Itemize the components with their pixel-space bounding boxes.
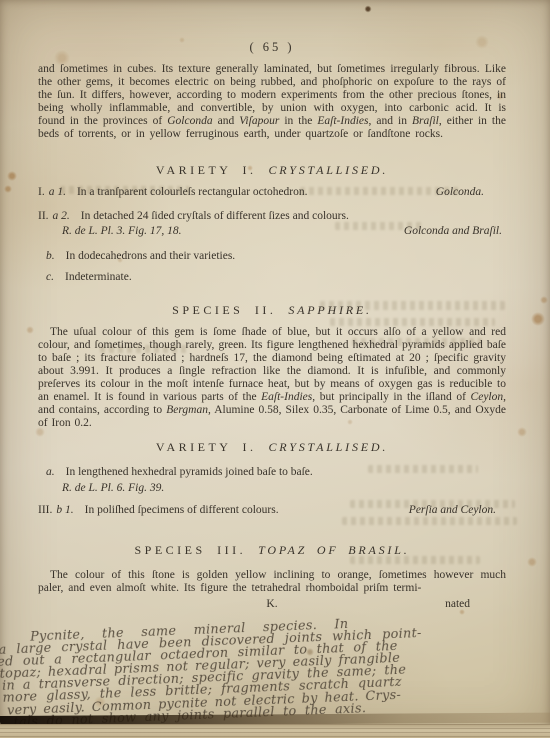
- handwriting-note: Pycnite, the same mineral species. Ina l…: [0, 607, 550, 729]
- text-segment: , and in: [369, 115, 413, 127]
- entry-letter: c.: [46, 271, 54, 283]
- entry-a-reference: R. de L. Pl. 6. Fig. 39.: [38, 482, 506, 495]
- book-page-photo: ( 65 ) and ſometimes in cubes. Its textu…: [0, 0, 550, 738]
- text-segment: The colour of this ſtone is golden yello…: [38, 569, 506, 594]
- plate-reference: R. de L. Pl. 6. Fig. 39.: [62, 482, 164, 494]
- species-2-heading: SPECIES II.SAPPHIRE.: [38, 303, 506, 318]
- entry-a: a.In lengthened hexhedral pyramids joine…: [46, 466, 506, 479]
- page-number: ( 65 ): [38, 40, 506, 55]
- heading-title: TOPAZ OF BRASIL.: [258, 543, 409, 557]
- text-segment: and: [449, 225, 472, 237]
- variety-1-heading: VARIETY I.CRYSTALLISED.: [38, 163, 506, 178]
- entry-letter: b 1.: [56, 504, 73, 516]
- entry-number: III.: [38, 504, 52, 516]
- entry-letter: b.: [46, 250, 55, 262]
- handwriting-line: a large crystal have been discovered joi…: [0, 619, 550, 657]
- text-segment: Viſapour: [239, 115, 279, 127]
- text-segment: , but principally in the iſland of: [312, 391, 470, 403]
- handwriting-line: ed out a rectangular octaedron similar t…: [0, 631, 550, 669]
- text-segment: and: [213, 115, 240, 127]
- heading-label: SPECIES III.: [134, 543, 246, 557]
- entry-letter: a.: [46, 466, 55, 478]
- heading-title: CRYSTALLISED.: [269, 440, 389, 454]
- entry-b: b.In dodecahedrons and their varieties.: [46, 250, 506, 263]
- text-segment: Braſil: [412, 115, 439, 127]
- handwriting-line: in a transverse direction; specific grav…: [2, 656, 550, 694]
- entry-text: In poliſhed ſpecimens of different colou…: [85, 504, 279, 516]
- text-segment: Perſia: [409, 504, 438, 516]
- text-segment: Eaſt-Indies: [261, 391, 312, 403]
- text-segment: Eaſt-Indies: [317, 115, 368, 127]
- entry-text: Indeterminate.: [65, 271, 132, 283]
- catchword: nated: [445, 598, 470, 610]
- heading-label: VARIETY I.: [156, 163, 257, 177]
- entry-letter: a 2.: [53, 210, 70, 222]
- text-segment: in the: [279, 115, 317, 127]
- text-segment: Golconda.: [436, 186, 484, 198]
- signature-mark: K.: [266, 598, 277, 610]
- signature-row: K. nated: [38, 598, 506, 612]
- entry-text: In lengthened hexhedral pyramids joined …: [66, 466, 313, 478]
- text-segment: Golconda: [167, 115, 212, 127]
- entry-location: Golconda.: [436, 186, 484, 199]
- entry-III-b1: III.b 1.In poliſhed ſpecimens of differe…: [38, 504, 506, 517]
- entry-number: I.: [38, 186, 45, 198]
- paragraph-diamond-continued: and ſometimes in cubes. Its texture gene…: [38, 63, 506, 142]
- handwriting-line: Pycnite, the same mineral species. In: [30, 607, 550, 643]
- entry-location: Perſia and Ceylon.: [409, 504, 496, 517]
- entry-I-a1: I.a 1.In a tranſparent colourleſs rectan…: [38, 186, 506, 199]
- handwriting-line: topaz; hexadral prisms not regular; very…: [0, 644, 550, 682]
- text-segment: Bergman: [166, 404, 208, 416]
- entry-text: In a tranſparent colourleſs rectangular …: [77, 186, 308, 198]
- text-segment: Braſil.: [472, 225, 502, 237]
- entry-text: In detached 24 ſided cryſtals of differe…: [81, 210, 349, 222]
- heading-title: CRYSTALLISED.: [269, 163, 389, 177]
- entry-location: Golconda and Braſil.: [404, 225, 502, 238]
- entry-II-a2: II.a 2.In detached 24 ſided cryſtals of …: [38, 210, 506, 223]
- entry-c: c.Indeterminate.: [46, 271, 506, 284]
- entry-number: II.: [38, 210, 49, 222]
- heading-label: SPECIES II.: [172, 303, 276, 317]
- heading-label: VARIETY I.: [156, 440, 257, 454]
- heading-title: SAPPHIRE.: [288, 303, 372, 317]
- species-3-heading: SPECIES III.TOPAZ OF BRASIL.: [38, 543, 506, 558]
- entry-text: In dodecahedrons and their varieties.: [66, 250, 236, 262]
- variety-1b-heading: VARIETY I.CRYSTALLISED.: [38, 440, 506, 455]
- paragraph-sapphire: The uſual colour of this gem is ſome ſha…: [38, 326, 506, 431]
- handwriting-line: more glassy, the less brittle; fragments…: [2, 668, 550, 706]
- entry-letter: a 1.: [49, 186, 66, 198]
- page-content: ( 65 ) and ſometimes in cubes. Its textu…: [38, 40, 506, 612]
- paragraph-topaz: The colour of this ſtone is golden yello…: [38, 569, 506, 595]
- bottom-page-edges: [0, 724, 550, 738]
- entry-II-reference: R. de L. Pl. 3. Fig. 17, 18. Golconda an…: [38, 225, 506, 238]
- handwriting-line: very easily. Common pycnite not electric…: [7, 680, 550, 717]
- plate-reference: R. de L. Pl. 3. Fig. 17, 18.: [62, 225, 181, 237]
- text-segment: Ceylon.: [461, 504, 496, 516]
- text-segment: and: [438, 504, 461, 516]
- text-segment: Golconda: [404, 225, 449, 237]
- text-segment: Ceylon: [471, 391, 504, 403]
